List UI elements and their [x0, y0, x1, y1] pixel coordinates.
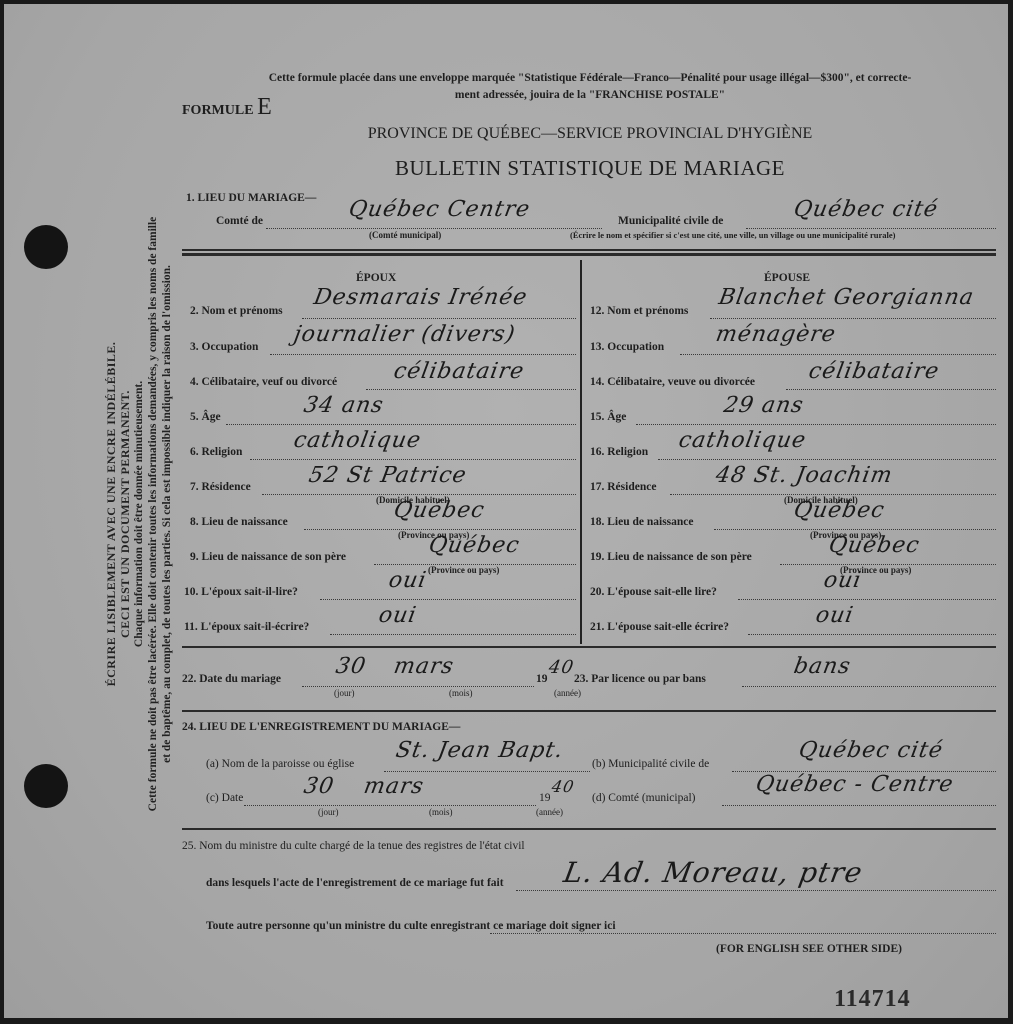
- municipalite-value: Québec cité: [792, 197, 940, 222]
- epoux-lieu-naissance: Québec: [392, 498, 487, 523]
- epoux-religion: catholique: [292, 428, 423, 453]
- epouse-residence: 48 St. Joachim: [714, 463, 895, 488]
- epoux-sait-ecrire: oui: [377, 603, 419, 628]
- epouse-occupation: ménagère: [714, 322, 838, 347]
- epouse-age: 29 ans: [722, 393, 806, 418]
- epoux-heading: ÉPOUX: [356, 272, 396, 284]
- marriage-certificate-page: ÉCRIRE LISIBLEMENT AVEC UNE ENCRE INDÉLÉ…: [4, 4, 1008, 1018]
- side-line-3: Chaque information doit être donnée minu…: [132, 49, 146, 979]
- licence-bans-label: 23. Par licence ou par bans: [574, 673, 706, 685]
- epoux-occupation: journalier (divers): [292, 322, 518, 347]
- epoux-etat-civil: célibataire: [392, 359, 527, 384]
- epouse-etat-civil: célibataire: [807, 359, 942, 384]
- comte-value: Québec Centre: [347, 197, 532, 222]
- date-enreg-month: mars: [362, 774, 426, 799]
- licence-bans-value: bans: [792, 654, 853, 679]
- municipalite-enreg-value: Québec cité: [797, 738, 945, 763]
- section24-label: 24. LIEU DE L'ENREGISTREMENT DU MARIAGE—: [182, 721, 460, 733]
- section25-label: 25. Nom du ministre du culte chargé de l…: [182, 840, 525, 852]
- epoux-sait-lire: oui: [387, 568, 429, 593]
- paroisse-value: St. Jean Bapt.: [394, 738, 566, 763]
- date-enreg-year: 40: [550, 777, 576, 796]
- epouse-sait-lire: oui: [822, 568, 864, 593]
- epoux-nom: Desmarais Irénée: [312, 285, 530, 310]
- municipalite-hint: (Écrire le nom et spécifier si c'est une…: [570, 230, 895, 240]
- ministre-signature: L. Ad. Moreau, ptre: [561, 856, 865, 889]
- date-mariage-year: 40: [547, 657, 576, 678]
- date-mariage-label: 22. Date du mariage: [182, 673, 281, 685]
- side-instructions: ÉCRIRE LISIBLEMENT AVEC UNE ENCRE INDÉLÉ…: [94, 44, 184, 984]
- epoux-age: 34 ans: [302, 393, 386, 418]
- side-line-2: CECI EST UN DOCUMENT PERMANENT.: [118, 49, 132, 979]
- epouse-nom: Blanchet Georgianna: [717, 285, 976, 310]
- document-number: 114714: [834, 986, 911, 1013]
- section1-label: 1. LIEU DU MARIAGE—: [186, 192, 316, 204]
- comte-label: Comté de: [216, 215, 263, 227]
- punch-hole-top: [24, 225, 68, 269]
- epouse-religion: catholique: [677, 428, 808, 453]
- autre-personne-label: Toute autre personne qu'un ministre du c…: [206, 920, 616, 932]
- date-mariage-month: mars: [392, 654, 456, 679]
- epoux-lieu-naissance-pere: Québec: [427, 533, 522, 558]
- epouse-lieu-naissance-pere: Québec: [827, 533, 922, 558]
- epoux-residence: 52 St Patrice: [307, 463, 469, 488]
- comte-enreg-value: Québec - Centre: [754, 772, 956, 797]
- epouse-heading: ÉPOUSE: [764, 272, 810, 284]
- side-line-5: et de baptême, au complet, de toutes les…: [160, 49, 174, 979]
- document-title: BULLETIN STATISTIQUE DE MARIAGE: [180, 156, 1000, 181]
- date-mariage-day: 30: [334, 654, 368, 679]
- epouse-sait-ecrire: oui: [814, 603, 856, 628]
- postal-notice: Cette formule placée dans une enveloppe …: [180, 70, 1000, 104]
- column-divider: [580, 260, 582, 644]
- side-line-4: Cette formule ne doit pas être lacérée. …: [146, 49, 160, 979]
- side-line-1: ÉCRIRE LISIBLEMENT AVEC UNE ENCRE INDÉLÉ…: [104, 49, 118, 979]
- province-heading: PROVINCE DE QUÉBEC—SERVICE PROVINCIAL D'…: [180, 125, 1000, 143]
- english-note: (FOR ENGLISH SEE OTHER SIDE): [716, 943, 902, 955]
- date-enreg-day: 30: [302, 774, 336, 799]
- comte-hint: (Comté municipal): [369, 230, 441, 240]
- punch-hole-bottom: [24, 764, 68, 808]
- municipalite-label: Municipalité civile de: [618, 215, 723, 227]
- formule-label: FORMULE E: [182, 94, 272, 121]
- epouse-lieu-naissance: Québec: [792, 498, 887, 523]
